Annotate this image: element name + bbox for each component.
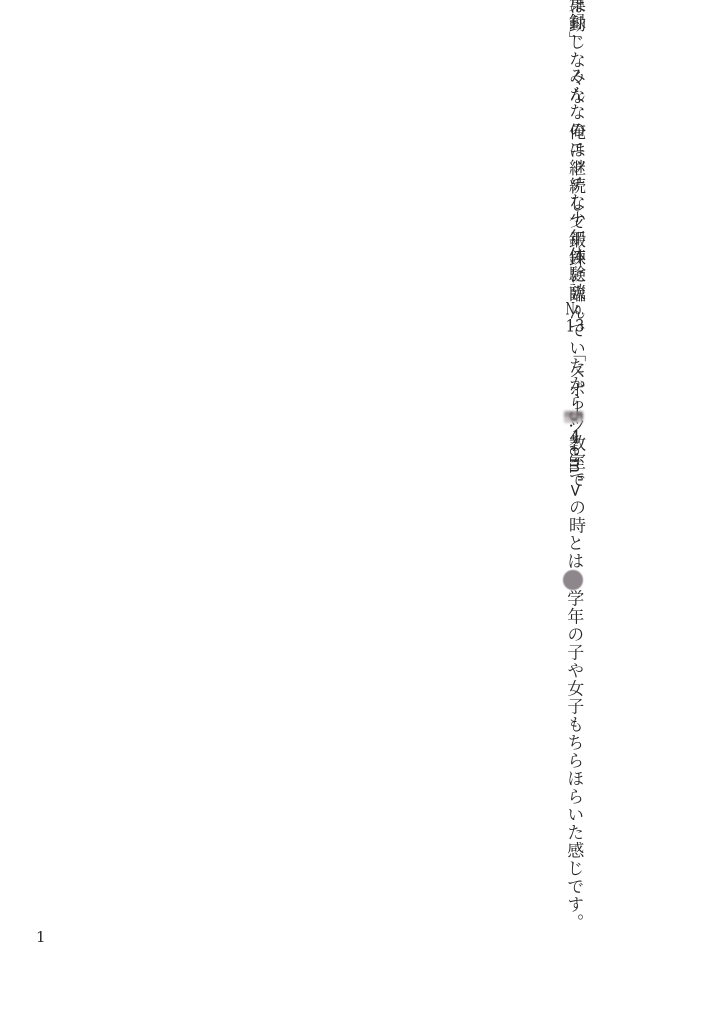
text-column: とは学年の子や女子もちらほらいた感じです。 [556,534,583,932]
bottom-text-block: とは学年の子や女子もちらほらいた感じです。 俺は継続して鍛錬に臨んでいたから5.… [556,494,583,932]
censored-text: 5 [564,411,583,423]
text-column: には精神力も鍛えられていて小さいことでは動じなくな [556,0,583,105]
text-column: 俺は継続して鍛錬に臨んでいたから5.4em">の時 [556,105,583,534]
document-page: みんなのエッチな少年体験談No.13 「スポーツ教室での出来事3話集録」 ①「空… [0,0,701,1024]
censored-dot [563,570,583,590]
page-number: 1 [36,928,46,946]
